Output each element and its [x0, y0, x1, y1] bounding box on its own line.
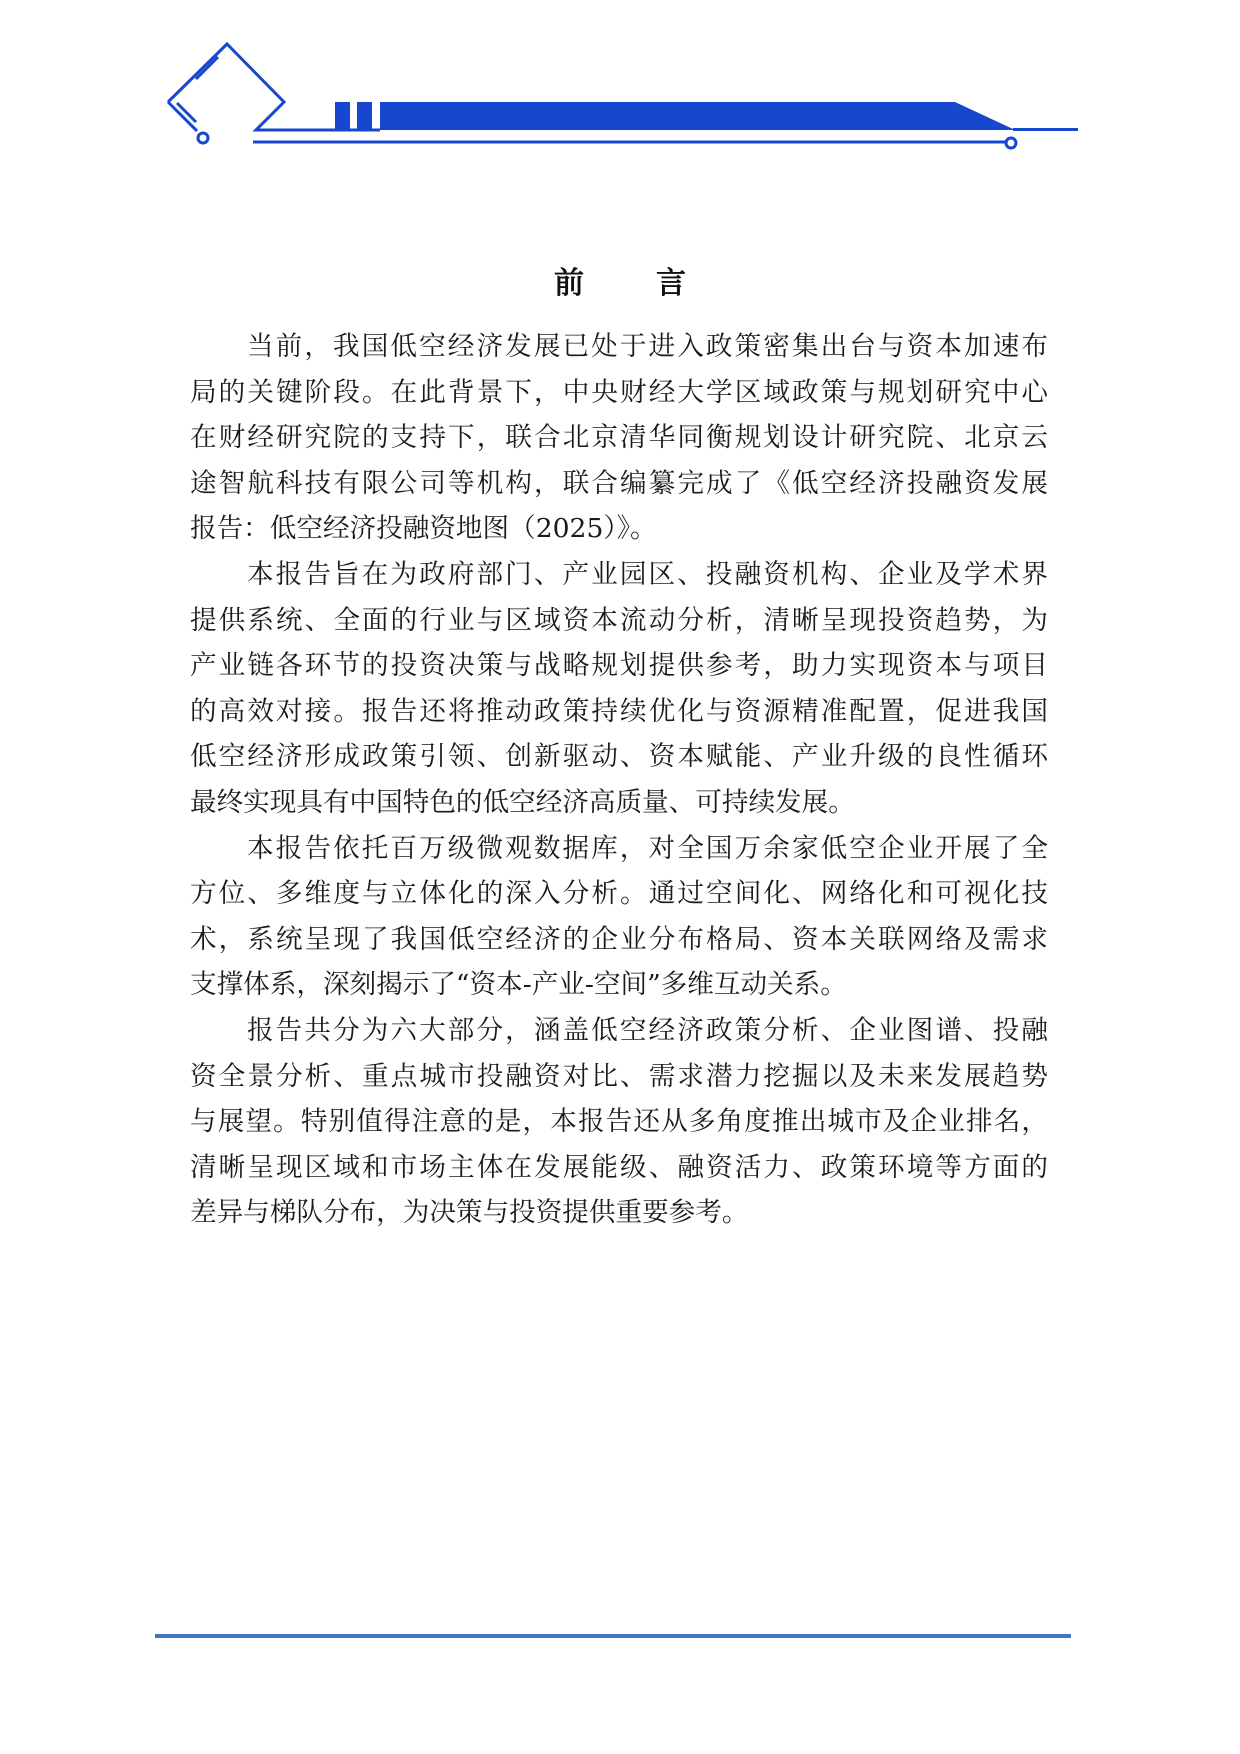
text-line: 当前，我国低空经济发展已处于进入政策密集出台与资本加速布	[190, 324, 1048, 370]
text-line: 清晰呈现区域和市场主体在发展能级、融资活力、政策环境等方面的	[190, 1145, 1048, 1191]
text-line: 在财经研究院的支持下，联合北京清华同衡规划设计研究院、北京云	[190, 415, 1048, 461]
paragraph-3: 本报告依托百万级微观数据库，对全国万余家低空企业开展了全 方位、多维度与立体化的…	[190, 826, 1048, 1008]
text-line: 低空经济形成政策引领、创新驱动、资本赋能、产业升级的良性循环	[190, 734, 1048, 780]
text-line: 报告：低空经济投融资地图（2025）》。	[190, 506, 1048, 552]
text-line: 的高效对接。报告还将推动政策持续优化与资源精准配置，促进我国	[190, 689, 1048, 735]
text-line: 产业链各环节的投资决策与战略规划提供参考，助力实现资本与项目	[190, 643, 1048, 689]
paragraph-4: 报告共分为六大部分，涵盖低空经济政策分析、企业图谱、投融 资全景分析、重点城市投…	[190, 1008, 1048, 1236]
text-line: 报告共分为六大部分，涵盖低空经济政策分析、企业图谱、投融	[190, 1008, 1048, 1054]
header-underline	[253, 138, 1016, 148]
header-circuit-decoration	[0, 0, 1240, 160]
footer-divider	[155, 1634, 1071, 1638]
header-bar	[335, 102, 1078, 131]
text-line: 与展望。特别值得注意的是，本报告还从多角度推出城市及企业排名，	[190, 1099, 1048, 1145]
text-line: 提供系统、全面的行业与区域资本流动分析，清晰呈现投资趋势，为	[190, 598, 1048, 644]
preface-body: 当前，我国低空经济发展已处于进入政策密集出台与资本加速布 局的关键阶段。在此背景…	[190, 324, 1048, 1236]
text-line: 支撑体系，深刻揭示了“资本-产业-空间”多维互动关系。	[190, 962, 1048, 1008]
page-title: 前言	[0, 262, 1240, 306]
text-line: 途智航科技有限公司等机构，联合编纂完成了《低空经济投融资发展	[190, 461, 1048, 507]
title-char-1: 前	[554, 262, 584, 306]
text-line: 局的关键阶段。在此背景下，中央财经大学区域政策与规划研究中心	[190, 370, 1048, 416]
paragraph-1: 当前，我国低空经济发展已处于进入政策密集出台与资本加速布 局的关键阶段。在此背景…	[190, 324, 1048, 552]
text-line: 资全景分析、重点城市投融资对比、需求潜力挖掘以及未来发展趋势	[190, 1054, 1048, 1100]
text-line: 本报告依托百万级微观数据库，对全国万余家低空企业开展了全	[190, 826, 1048, 872]
paragraph-2: 本报告旨在为政府部门、产业园区、投融资机构、企业及学术界 提供系统、全面的行业与…	[190, 552, 1048, 826]
text-line: 最终实现具有中国特色的低空经济高质量、可持续发展。	[190, 780, 1048, 826]
text-line: 差异与梯队分布，为决策与投资提供重要参考。	[190, 1190, 1048, 1236]
text-line: 本报告旨在为政府部门、产业园区、投融资机构、企业及学术界	[190, 552, 1048, 598]
title-char-2: 言	[656, 262, 686, 306]
text-line: 术，系统呈现了我国低空经济的企业分布格局、资本关联网络及需求	[190, 917, 1048, 963]
text-line: 方位、多维度与立体化的深入分析。通过空间化、网络化和可视化技	[190, 871, 1048, 917]
